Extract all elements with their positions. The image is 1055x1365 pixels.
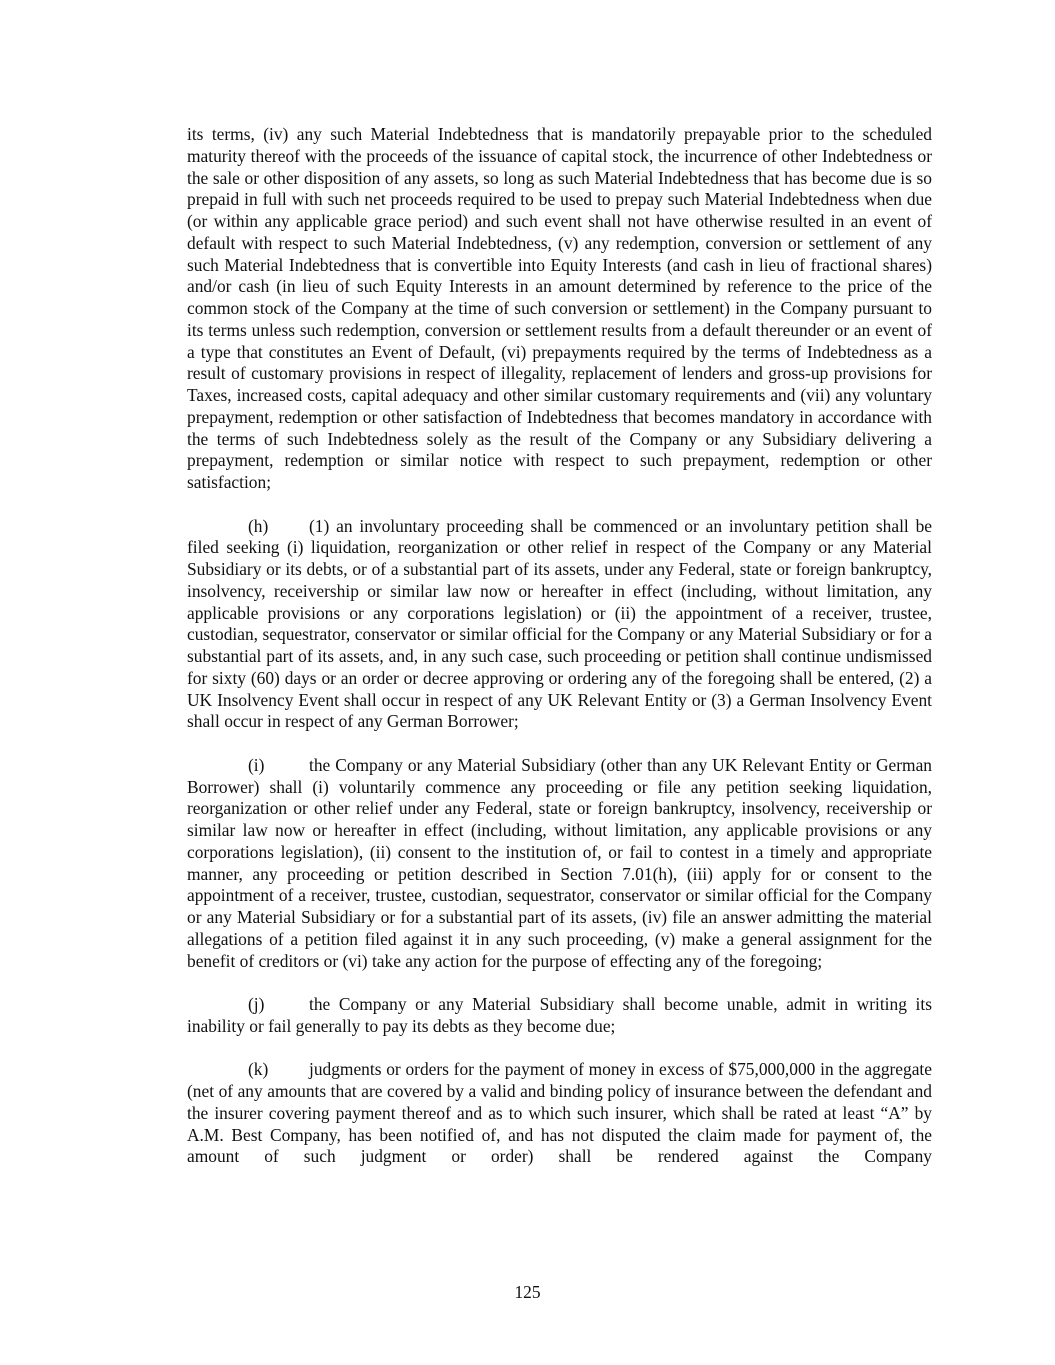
clause-label: (j) — [248, 994, 309, 1016]
clause-label: (h) — [248, 516, 309, 538]
paragraph-h: (h)(1) an involuntary proceeding shall b… — [187, 516, 932, 734]
paragraph-text: its terms, (iv) any such Material Indebt… — [187, 124, 932, 492]
paragraph-j: (j)the Company or any Material Subsidiar… — [187, 994, 932, 1038]
paragraph-text: (1) an involuntary proceeding shall be c… — [187, 516, 932, 732]
paragraph-continuation: its terms, (iv) any such Material Indebt… — [187, 124, 932, 494]
document-body: its terms, (iv) any such Material Indebt… — [187, 124, 932, 1190]
page-number: 125 — [0, 1282, 1055, 1303]
clause-label: (k) — [248, 1059, 309, 1081]
paragraph-text: the Company or any Material Subsidiary (… — [187, 755, 932, 971]
clause-label: (i) — [248, 755, 309, 777]
paragraph-i: (i)the Company or any Material Subsidiar… — [187, 755, 932, 973]
paragraph-k: (k)judgments or orders for the payment o… — [187, 1059, 932, 1168]
